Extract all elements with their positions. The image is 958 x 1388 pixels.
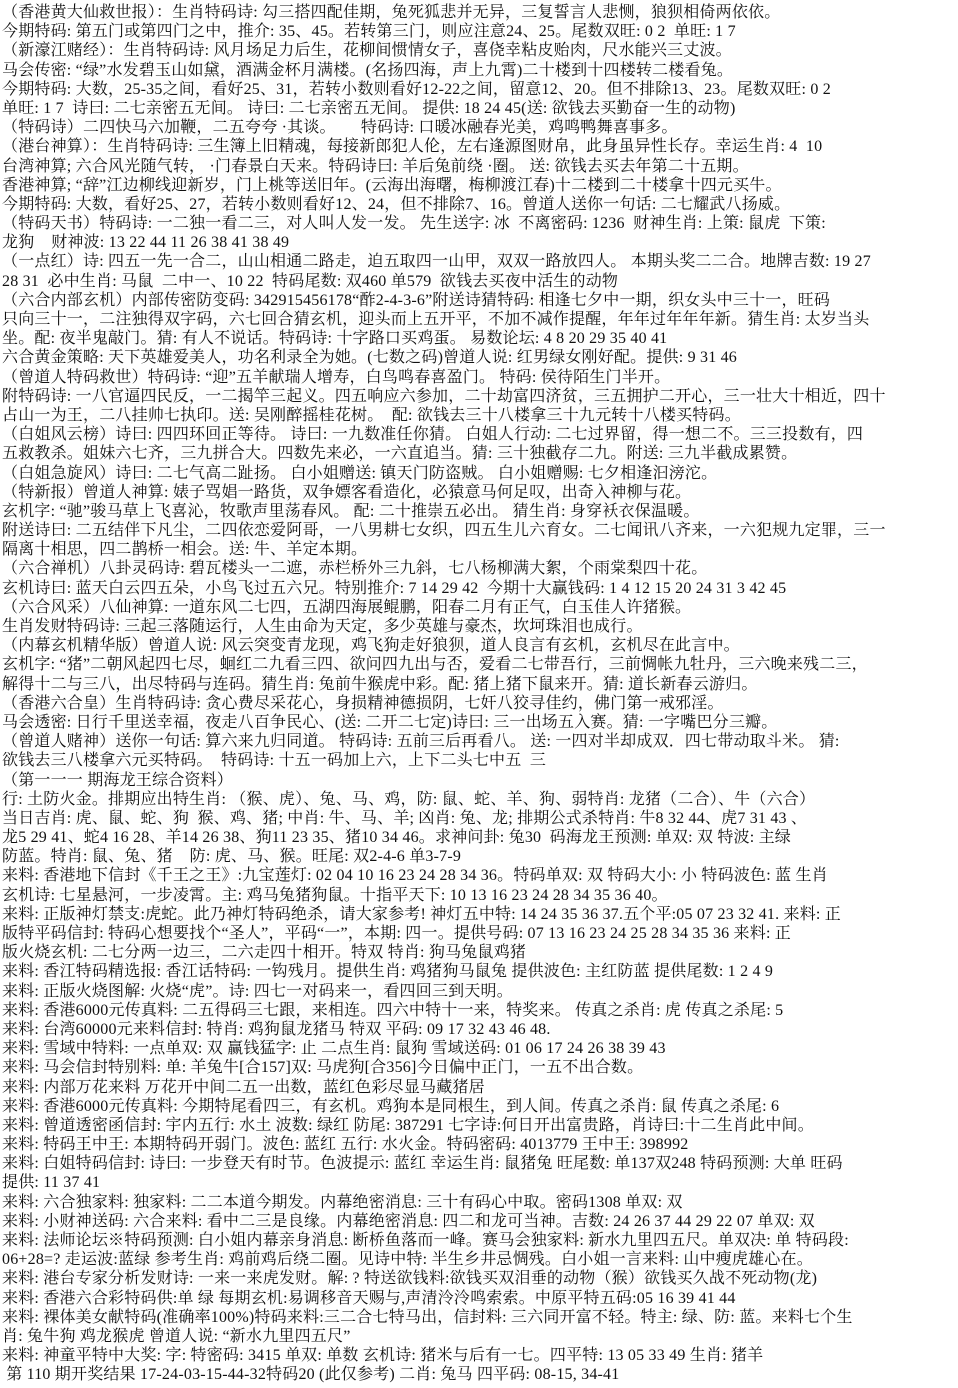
text-line: 玄机诗曰: 蓝天白云四五朵，小鸟飞过五六兄。特别推介: 7 14 29 42 今… xyxy=(2,579,958,598)
text-line: 来料: 曾道透密函信封: 宇内五行: 水土 波数: 绿红 防尾: 387291 … xyxy=(2,1116,958,1135)
text-line: 附送诗曰: 二五结伴下凡尘，二四依恋爱阿哥，一八男耕七女织，四五生儿六育女。二七… xyxy=(2,521,958,540)
text-line: 来料: 雪域中特料: 一点单双: 双 赢钱猛字: 止 二点生肖: 鼠狗 雪域送码… xyxy=(2,1039,958,1058)
text-line: 06+28=? 走运波:蓝绿 参考生肖: 鸡前鸡后绕二圈。见诗中特: 半生乡井忌… xyxy=(2,1250,958,1269)
text-line: 解得十二与三八，出尽特码与连码。猜生肖: 兔前牛猴虎中彩。配: 猪上猪下鼠来开。… xyxy=(2,675,958,694)
text-line: 行: 土防火金。排期应出特生肖: （猴、虎）、兔、马、鸡，防: 鼠、蛇、羊、狗、… xyxy=(2,790,958,809)
text-line: （六合风采）八仙神算: 一道东风二七四，五湖四海展鲲鹏，阳春二月有正气，白玉佳人… xyxy=(2,598,958,617)
text-line: （白姐急旋风）诗曰: 二七气高二趾扬。 白小姐赠送: 镇天门防盗贼。 白小姐赠赐… xyxy=(2,464,958,483)
text-line: 来料: 香港6000元传真料: 今期特尾看四三，有玄机。鸡狗本是同根生，到人间。… xyxy=(2,1097,958,1116)
text-line: 玄机诗: 七星悬河，一步凌霄。主: 鸡马兔猪狗鼠。十指平天下: 10 13 16… xyxy=(2,886,958,905)
text-line: （特码诗）二四快马六加鞭，二五夸夸 ·其谈。 特码诗: 口暖冰融春光美，鸡鸣鸭舞… xyxy=(2,118,958,137)
text-line: （曾道人特码救世）特码诗: “迎”五羊献瑞人增寿，白鸟鸣春喜盈门。 特码: 侯待… xyxy=(2,368,958,387)
text-line: （白姐风云榜）诗曰: 四四环回正等待。 诗曰: 一九数准任你猜。 白姐人行动: … xyxy=(2,425,958,444)
text-line: 来料: 香江特码精选报: 香江话特码: 一钩残月。提供生肖: 鸡猪狗马鼠兔 提供… xyxy=(2,962,958,981)
text-line: 来料: 香港地下信封《千王之王》:九宝莲灯: 02 04 10 16 23 24… xyxy=(2,866,958,885)
text-line: 来料: 马会信封特别料: 单: 羊兔牛[合157]双: 马虎狗[合356]今日偏… xyxy=(2,1058,958,1077)
text-line: （六合禅机）八卦灵码诗: 碧瓦楼头一二遮，赤栏桥外三九斜，七八杨柳满大絮，个雨棠… xyxy=(2,559,958,578)
text-line: 来料: 裸体美女献特码(准确率100%)特码来料:三二合七特马出，信封料: 三六… xyxy=(2,1308,958,1327)
text-line: 防蓝。特肖: 鼠、兔、猪 防: 虎、马、猴。旺尾: 双2-4-6 单3-7-9 xyxy=(2,847,958,866)
text-line: （内幕玄机精华版）曾道人说: 风云突变青龙现，鸡飞狗走好狼狈，道人良言有玄机，玄… xyxy=(2,636,958,655)
text-line: 只向三十一，二注独得双字码，六七回合猜玄机，迎头而上五开平，不加不减作提醒，年年… xyxy=(2,310,958,329)
text-line: 来料: 香港6000元传真料: 二五得码三七跟，来相连。四六中特十一来，特奖来。… xyxy=(2,1001,958,1020)
text-line: （曾道人赌神）送你一句话: 算六来九归同道。 特码诗: 五前三后再看八。 送: … xyxy=(2,732,958,751)
text-line: 当日吉肖: 虎、鼠、蛇、狗 猴、鸡、猪; 中肖: 牛、马、羊; 凶肖: 兔、龙;… xyxy=(2,809,958,828)
text-line: 六合黄金策略: 天下英雄爱美人，功名利录全为她。(七数之码)曾道人说: 红男绿女… xyxy=(2,348,958,367)
text-line: 附特码诗: 一八官逼四民反，一二揭竿三起义。四五响应六参加，二十劫富四济贫，三五… xyxy=(2,387,958,406)
text-line: 坐。配: 夜半鬼敲门。猜: 有人不说话。特码诗: 十字路口买鸡蛋。 易数论坛: … xyxy=(2,329,958,348)
text-line: 来料: 小财神送码: 六合来料: 看中二三是良缘。内幕绝密消息: 四二和龙可当神… xyxy=(2,1212,958,1231)
text-line: 今期特码: 第五门或第四门之中，推介: 35、45。若转第三门，则应注意24、2… xyxy=(2,22,958,41)
text-line: 来料: 内部万花来料 万花开中间二五一出数，蓝红色彩尽显马藏猪居 xyxy=(2,1078,958,1097)
text-line: （第一一一 期海龙王综合资料） xyxy=(2,771,958,790)
text-line: （一点红）诗: 四五一先一合二，山山相通二路走，迫五取四一山甲，双双一路放四人。… xyxy=(2,252,958,271)
text-line: 28 31 必中生肖: 马鼠 二中一、10 22 特码尾数: 双460 单579… xyxy=(2,272,958,291)
text-line: （特新报）曾道人神算: 婊子骂娼一路货，双争嫖客看造化，必猿意马何足叹，出奇入神… xyxy=(2,483,958,502)
text-line: （港台神算）：生肖特码诗: 三生簿上旧精魂，每接新郎犯人伦，左右逢源图财帛，此身… xyxy=(2,137,958,156)
text-line: 来料: 神童平特中大奖: 字: 特密码: 3415 单双: 单数 玄机诗: 猪米… xyxy=(2,1346,958,1365)
text-line: （六合内部玄机）内部传密防变码: 342915456178“酢2-4-3-6”附… xyxy=(2,291,958,310)
document-body: （香港黄大仙救世报）：生肖特码诗: 勾三搭四配佳期，兔死狐悲并无异，三复誓言人悲… xyxy=(0,0,958,1387)
text-line: 单旺: 1 7 诗曰: 二七亲密五无间。 诗曰: 二七亲密五无间。 提供: 18… xyxy=(2,99,958,118)
text-line: 玄机字: “驰”骏马草上飞喜沁，牧歌声里荡春风。 配: 二十推崇五必出。 猜生肖… xyxy=(2,502,958,521)
text-line: 玄机字: “猪”二朝风起四七尽，蛔红二九看三四、欲问四九出与否，爱看二七带吾行，… xyxy=(2,655,958,674)
text-line: 来料: 特码王中王: 本期特码开弱门。波色: 蓝红 五行: 水火金。特码密码: … xyxy=(2,1135,958,1154)
text-line: 来料: 港台专家分析发财诗: 一来一来虎发财。解: ? 特送欲钱料:欲钱买双泪垂… xyxy=(2,1269,958,1288)
text-line: 肖: 兔牛狗 鸡龙猴虎 曾道人说: “新水九里四五尺” xyxy=(2,1327,958,1346)
text-line: （新濠江赌经）：生肖特码诗: 风月场足力后生，花柳间惯情女子，喜侥幸粘皮贻肉，尺… xyxy=(2,41,958,60)
text-line: 马会透密: 日行千里送幸福，夜走八百争民心、(送: 二开二七定)诗曰: 三一出场… xyxy=(2,713,958,732)
text-line: 香港神算; “辞”江边柳线迎新岁，门上桃等送旧年。(云海出海曙，梅柳渡江春)十二… xyxy=(2,176,958,195)
text-line: 台湾神算; 六合风光随气转， ·门春景白天来。特码诗曰: 羊后兔前绕 ·圈。 送… xyxy=(2,157,958,176)
text-line: （香港六合皇）生肖特码诗: 贪心费尽采花心，身损精神德损阴，七奸八狡寻佳约，佛门… xyxy=(2,694,958,713)
text-line: 提供: 11 37 41 xyxy=(2,1173,958,1192)
text-line: 第 110 期开奖结果 17-24-03-15-44-32特码20 (此仅参考)… xyxy=(2,1365,958,1384)
text-line: 五救教杀。姐妹六七齐，三九拼合大。四数先来必，一六直追当。猜: 三十独截存二九。… xyxy=(2,444,958,463)
text-line: 占山一为王，二八挂帅七执印。送: 吴刚醉摇桂花树。 配: 欲钱去三十八楼拿三十九… xyxy=(2,406,958,425)
text-line: 龙5 29 41、蛇4 16 28、羊14 26 38、狗11 23 35、猪1… xyxy=(2,828,958,847)
text-line: 欲钱去三八楼拿六元买特码。 特码诗: 十五一码加上六，上下二头七中五 三 xyxy=(2,751,958,770)
text-line: 版特平码信封: 特码心想要找个“圣人”，平码“一”，本期: 四一。提供号码: 0… xyxy=(2,924,958,943)
text-line: （香港黄大仙救世报）：生肖特码诗: 勾三搭四配佳期，兔死狐悲并无异，三复誓言人悲… xyxy=(2,3,958,22)
text-line: 来料: 白姐特码信封: 诗曰: 一步登天有时节。色波提示: 蓝红 幸运生肖: 鼠… xyxy=(2,1154,958,1173)
text-line: 版火烧玄机: 二七分两一边三，二六走四十相开。特双 特肖: 狗马兔鼠鸡猪 xyxy=(2,943,958,962)
text-line: 今期特码: 大数，25-35之间，看好25、31，若转小数则看好12-22之间，… xyxy=(2,80,958,99)
text-line: 来料: 台湾60000元来料信封: 特肖: 鸡狗鼠龙猪马 特双 平码: 09 1… xyxy=(2,1020,958,1039)
text-line: 来料: 六合独家料: 独家料: 二二本道今期发。内幕绝密消息: 三十有码心中取。… xyxy=(2,1193,958,1212)
text-line: 来料: 香港六合彩特码供:单 绿 每期玄机:易调移音天赐与,声清泠泠鸣索索。中原… xyxy=(2,1289,958,1308)
text-line: 龙狗 财神波: 13 22 44 11 26 38 41 38 49 xyxy=(2,233,958,252)
text-line: （特码天书）特码诗: 一二独一看二三，对人叫人发一发。 先生送字: 冰 不离密码… xyxy=(2,214,958,233)
text-line: 来料: 法师论坛※特码预测: 白小姐内幕亲身消息: 断桥鱼落而一峰。赛马会独家料… xyxy=(2,1231,958,1250)
text-line: 生肖发财特码诗: 三起三落随运行，人生由命为天定，多少英雄与豪杰，坎坷珠泪也成行… xyxy=(2,617,958,636)
text-line: 来料: 正版神灯禁支:虎蛇。此乃神灯特码绝杀，请大家参考! 神灯五中特: 14 … xyxy=(2,905,958,924)
text-line: 今期特码: 大数，看好25、27，若转小数则看好12、24，但不排除7、16。曾… xyxy=(2,195,958,214)
text-line: 马会传密: “绿”水发碧玉山如黛，酒满金杯月满楼。(名扬四海，声上九霄)二十楼到… xyxy=(2,61,958,80)
text-line: 来料: 正版火烧图解: 火烧“虎”。诗: 四七一对码来一，看四回三到天明。 xyxy=(2,982,958,1001)
text-line: 隔离十相思，四二鹊桥一相会。送: 牛、羊定本期。 xyxy=(2,540,958,559)
